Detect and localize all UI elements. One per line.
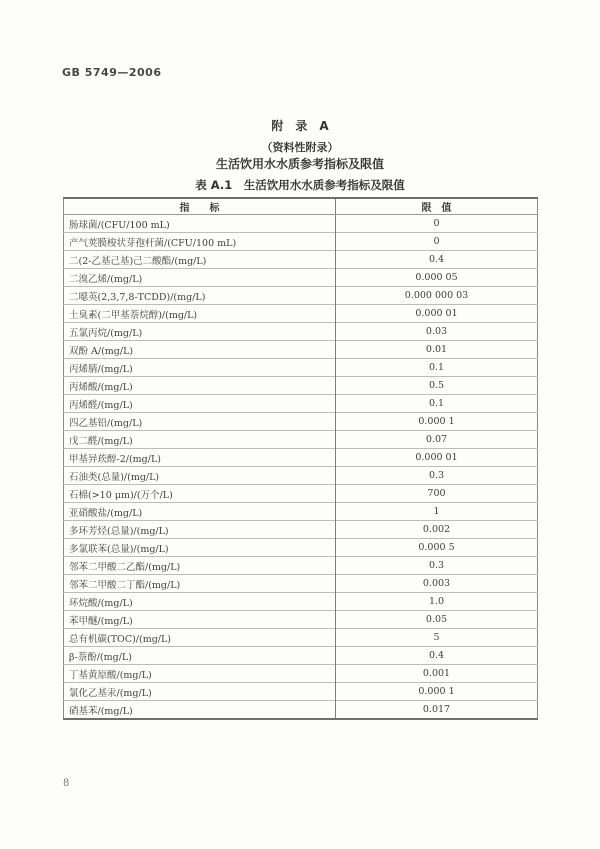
limit-cell: 0.4	[336, 647, 538, 665]
indicator-cell: 环烷酸/(mg/L)	[64, 593, 336, 611]
limit-cell: 0.000 5	[336, 539, 538, 557]
indicator-cell: 丁基黄原酸/(mg/L)	[64, 665, 336, 683]
indicator-cell: 石棉(>10 μm)/(万个/L)	[64, 485, 336, 503]
table-header-row: 指 标 限 值	[64, 198, 538, 215]
indicator-cell: 五氯丙烷/(mg/L)	[64, 323, 336, 341]
limit-cell: 700	[336, 485, 538, 503]
table-row: 石油类(总量)/(mg/L)0.3	[64, 467, 538, 485]
limit-cell: 0.000 05	[336, 269, 538, 287]
table-row: 戊二醛/(mg/L)0.07	[64, 431, 538, 449]
limit-cell: 0.000 000 03	[336, 287, 538, 305]
table-caption: 表 A.1 生活饮用水水质参考指标及限值	[0, 177, 600, 193]
appendix-name: 生活饮用水水质参考指标及限值	[0, 155, 600, 172]
table-row: 多环芳烃(总量)/(mg/L)0.002	[64, 521, 538, 539]
indicator-cell: 二溴乙烯/(mg/L)	[64, 269, 336, 287]
column-header-limit: 限 值	[336, 198, 538, 215]
indicator-cell: 肠球菌/(CFU/100 mL)	[64, 215, 336, 233]
table-row: 土臭素(二甲基萘烷醇)/(mg/L)0.000 01	[64, 305, 538, 323]
indicator-cell: 戊二醛/(mg/L)	[64, 431, 336, 449]
indicator-cell: 总有机碳(TOC)/(mg/L)	[64, 629, 336, 647]
table-row: 双酚 A/(mg/L)0.01	[64, 341, 538, 359]
limit-cell: 0.002	[336, 521, 538, 539]
table-row: 丙烯腈/(mg/L)0.1	[64, 359, 538, 377]
table-row: 苯甲醚/(mg/L)0.05	[64, 611, 538, 629]
limit-cell: 0.3	[336, 467, 538, 485]
table-row: 丙烯醛/(mg/L)0.1	[64, 395, 538, 413]
indicator-cell: 二(2-乙基己基)己二酸酯/(mg/L)	[64, 251, 336, 269]
indicator-cell: 邻苯二甲酸二丁酯/(mg/L)	[64, 575, 336, 593]
table-row: 甲基异莰醇-2/(mg/L)0.000 01	[64, 449, 538, 467]
table-row: 邻苯二甲酸二乙酯/(mg/L)0.3	[64, 557, 538, 575]
column-header-indicator: 指 标	[64, 198, 336, 215]
limit-cell: 0.3	[336, 557, 538, 575]
limit-cell: 0.01	[336, 341, 538, 359]
limit-cell: 1.0	[336, 593, 538, 611]
table-row: 产气荚膜梭状芽孢杆菌/(CFU/100 mL)0	[64, 233, 538, 251]
limit-cell: 0.4	[336, 251, 538, 269]
table-row: 五氯丙烷/(mg/L)0.03	[64, 323, 538, 341]
reference-table: 指 标 限 值 肠球菌/(CFU/100 mL)0产气荚膜梭状芽孢杆菌/(CFU…	[63, 197, 538, 720]
table-row: 石棉(>10 μm)/(万个/L)700	[64, 485, 538, 503]
limit-cell: 0.05	[336, 611, 538, 629]
indicator-cell: 丙烯醛/(mg/L)	[64, 395, 336, 413]
indicator-cell: 四乙基铅/(mg/L)	[64, 413, 336, 431]
limit-cell: 0	[336, 233, 538, 251]
indicator-cell: 产气荚膜梭状芽孢杆菌/(CFU/100 mL)	[64, 233, 336, 251]
indicator-cell: 二噁英(2,3,7,8-TCDD)/(mg/L)	[64, 287, 336, 305]
table-row: β-萘酚/(mg/L)0.4	[64, 647, 538, 665]
table-row: 丁基黄原酸/(mg/L)0.001	[64, 665, 538, 683]
indicator-cell: 亚硝酸盐/(mg/L)	[64, 503, 336, 521]
indicator-cell: 甲基异莰醇-2/(mg/L)	[64, 449, 336, 467]
standard-number: GB 5749—2006	[62, 66, 161, 79]
table-row: 丙烯酸/(mg/L)0.5	[64, 377, 538, 395]
limit-cell: 0.000 01	[336, 449, 538, 467]
indicator-cell: 多氯联苯(总量)/(mg/L)	[64, 539, 336, 557]
limit-cell: 0.001	[336, 665, 538, 683]
table-row: 二噁英(2,3,7,8-TCDD)/(mg/L)0.000 000 03	[64, 287, 538, 305]
table-row: 多氯联苯(总量)/(mg/L)0.000 5	[64, 539, 538, 557]
table-row: 肠球菌/(CFU/100 mL)0	[64, 215, 538, 233]
indicator-cell: 丙烯腈/(mg/L)	[64, 359, 336, 377]
limit-cell: 0.5	[336, 377, 538, 395]
table-row: 总有机碳(TOC)/(mg/L)5	[64, 629, 538, 647]
page-number: 8	[63, 778, 69, 789]
limit-cell: 1	[336, 503, 538, 521]
table-row: 硝基苯/(mg/L)0.017	[64, 701, 538, 720]
indicator-cell: 丙烯酸/(mg/L)	[64, 377, 336, 395]
table-row: 邻苯二甲酸二丁酯/(mg/L)0.003	[64, 575, 538, 593]
limit-cell: 0.000 01	[336, 305, 538, 323]
indicator-cell: 硝基苯/(mg/L)	[64, 701, 336, 720]
limit-cell: 0.07	[336, 431, 538, 449]
table-row: 亚硝酸盐/(mg/L)1	[64, 503, 538, 521]
indicator-cell: β-萘酚/(mg/L)	[64, 647, 336, 665]
table-row: 环烷酸/(mg/L)1.0	[64, 593, 538, 611]
table-row: 氯化乙基汞/(mg/L)0.000 1	[64, 683, 538, 701]
indicator-cell: 氯化乙基汞/(mg/L)	[64, 683, 336, 701]
indicator-cell: 土臭素(二甲基萘烷醇)/(mg/L)	[64, 305, 336, 323]
limit-cell: 0.003	[336, 575, 538, 593]
table-row: 二溴乙烯/(mg/L)0.000 05	[64, 269, 538, 287]
limit-cell: 0.000 1	[336, 683, 538, 701]
appendix-subtitle: （资料性附录）	[0, 139, 600, 155]
limit-cell: 0	[336, 215, 538, 233]
limit-cell: 0.017	[336, 701, 538, 720]
table-row: 四乙基铅/(mg/L)0.000 1	[64, 413, 538, 431]
document-page: GB 5749—2006 附 录 A （资料性附录） 生活饮用水水质参考指标及限…	[0, 0, 600, 849]
appendix-title: 附 录 A	[0, 117, 600, 134]
table-row: 二(2-乙基己基)己二酸酯/(mg/L)0.4	[64, 251, 538, 269]
limit-cell: 0.000 1	[336, 413, 538, 431]
indicator-cell: 苯甲醚/(mg/L)	[64, 611, 336, 629]
table-body: 肠球菌/(CFU/100 mL)0产气荚膜梭状芽孢杆菌/(CFU/100 mL)…	[64, 215, 538, 720]
indicator-cell: 双酚 A/(mg/L)	[64, 341, 336, 359]
indicator-cell: 邻苯二甲酸二乙酯/(mg/L)	[64, 557, 336, 575]
limit-cell: 0.03	[336, 323, 538, 341]
indicator-cell: 石油类(总量)/(mg/L)	[64, 467, 336, 485]
indicator-cell: 多环芳烃(总量)/(mg/L)	[64, 521, 336, 539]
limit-cell: 0.1	[336, 395, 538, 413]
limit-cell: 5	[336, 629, 538, 647]
limit-cell: 0.1	[336, 359, 538, 377]
